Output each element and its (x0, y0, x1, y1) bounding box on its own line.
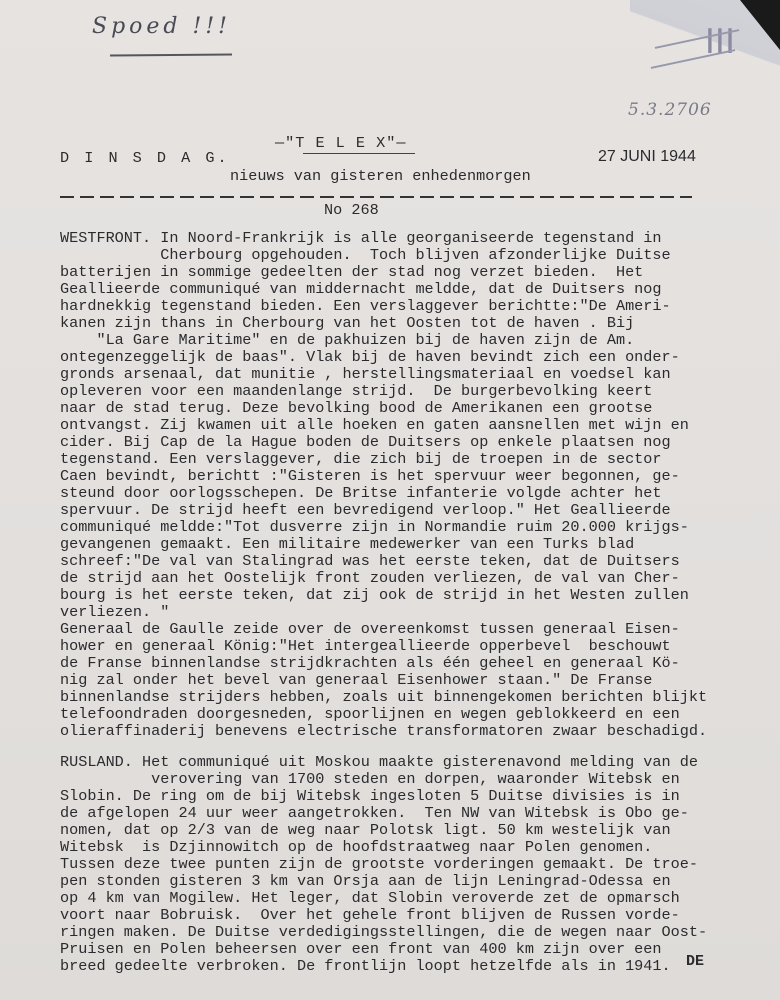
text-line: spervuur. De strijd heeft een bevredigen… (60, 502, 760, 519)
text-line: gronds arsenaal, dat munitie , herstelli… (60, 366, 760, 383)
text-line: hardnekkig tegenstand bieden. Een versla… (60, 298, 760, 315)
text-line: binnenlandse strijders hebben, zoals uit… (60, 689, 760, 706)
text-line: verovering van 1700 steden en dorpen, wa… (60, 771, 760, 788)
text-line: Pruisen en Polen beheersen over een fron… (60, 941, 760, 958)
text-line: ontvangst. Zij kwamen uit alle hoeken en… (60, 417, 760, 434)
text-line: nomen, dat op 2/3 van de weg naar Polots… (60, 822, 760, 839)
text-line: olieraffinaderij benevens electrische tr… (60, 723, 760, 740)
text-line: bourg is het eerste teken, dat zij ook d… (60, 587, 760, 604)
text-line: hower en generaal König:"Het intergealli… (60, 638, 760, 655)
section-rusland: RUSLAND. Het communiqué uit Moskou maakt… (60, 754, 760, 975)
text-line: "La Gare Maritime" en de pakhuizen bij d… (60, 332, 760, 349)
text-line: Slobin. De ring om de bij Witebsk ingesl… (60, 788, 760, 805)
typist-initials: DE (686, 953, 704, 970)
text-line: de strijd aan het Oostelijk front zouden… (60, 570, 760, 587)
text-line: Generaal de Gaulle zeide over de overeen… (60, 621, 760, 638)
text-line: telefoondraden doorgesneden, spoorlijnen… (60, 706, 760, 723)
text-line: ontegenzeggelijk de baas". Vlak bij de h… (60, 349, 760, 366)
section-gap (60, 740, 760, 754)
text-line: op 4 km van Mogilew. Het leger, dat Slob… (60, 890, 760, 907)
text-line: kanen zijn thans in Cherbourg van het Oo… (60, 315, 760, 332)
text-line: batterijen in sommige gedeelten der stad… (60, 264, 760, 281)
publication-subtitle: nieuws van gisteren enhedenmorgen (230, 168, 531, 185)
title-underline (303, 153, 415, 154)
text-line: RUSLAND. Het communiqué uit Moskou maakt… (60, 754, 760, 771)
text-line: ringen maken. De Duitse verdedigingsstel… (60, 924, 760, 941)
dashed-divider (60, 196, 692, 198)
text-line: Geallieerde communiqué van middernacht m… (60, 281, 760, 298)
text-line: cider. Bij Cap de la Hague boden de Duit… (60, 434, 760, 451)
text-line: de Franse binnenlandse strijdkrachten al… (60, 655, 760, 672)
text-line: Cherbourg opgehouden. Toch blijven afzon… (60, 247, 760, 264)
weekday: D I N S D A G. (60, 150, 230, 167)
publication-date: 27 JUNI 1944 (598, 148, 696, 165)
text-line: opleveren voor een maandenlange strijd. … (60, 383, 760, 400)
archive-number: 5.3.2706 (628, 100, 712, 120)
publication-title: —"T E L E X"— (275, 135, 406, 152)
text-line: Caen bevindt, berichtt :"Gisteren is het… (60, 468, 760, 485)
text-line: Tussen deze twee punten zijn de grootste… (60, 856, 760, 873)
text-line: pen stonden gisteren 3 km van Orsja aan … (60, 873, 760, 890)
text-line: tegenstand. Een verslaggever, die zich b… (60, 451, 760, 468)
text-line: voort naar Bobruisk. Over het gehele fro… (60, 907, 760, 924)
text-line: naar de stad terug. Deze bevolking bood … (60, 400, 760, 417)
issue-number: No 268 (324, 202, 379, 219)
section-westfront: WESTFRONT. In Noord-Frankrijk is alle ge… (60, 230, 760, 740)
document-body: WESTFRONT. In Noord-Frankrijk is alle ge… (60, 230, 760, 975)
text-line: de afgelopen 24 uur weer aangetrokken. T… (60, 805, 760, 822)
text-line: communiqué meldde:"Tot dusverre zijn in … (60, 519, 760, 536)
text-line: steund door oorlogsschepen. De Britse in… (60, 485, 760, 502)
text-line: WESTFRONT. In Noord-Frankrijk is alle ge… (60, 230, 760, 247)
text-line: breed gedeelte verbroken. De frontlijn l… (60, 958, 760, 975)
scan-background-corner (740, 0, 780, 50)
text-line: gevangenen gemaakt. Een militaire medewe… (60, 536, 760, 553)
text-line: nig zal onder het bevel van generaal Eis… (60, 672, 760, 689)
text-line: schreef:"De val van Stalingrad was het e… (60, 553, 760, 570)
text-line: Witebsk is Dzjinnowitch op de hoofdstraa… (60, 839, 760, 856)
handwritten-spoed-note: Spoed !!! (92, 14, 231, 39)
text-line: verliezen. " (60, 604, 760, 621)
